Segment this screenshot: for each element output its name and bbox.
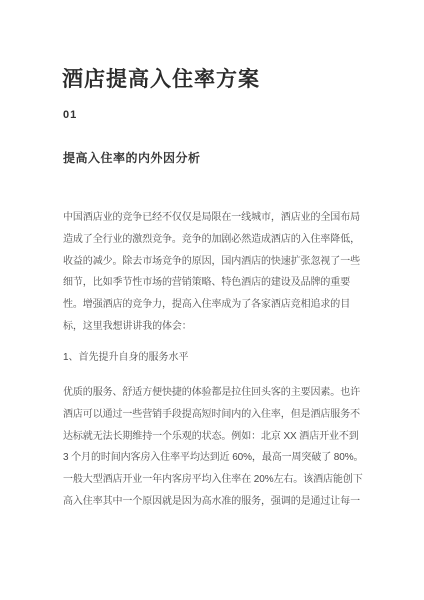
text-line: 收益的减少。除去市场竞争的原因，国内酒店的快速扩张忽视了一些 xyxy=(63,251,360,273)
section-heading: 提高入住率的内外因分析 xyxy=(63,151,201,165)
document-page: 酒店提高入住率方案 01 提高入住率的内外因分析 中国酒店业的竞争已经不仅仅是局… xyxy=(0,0,424,600)
list-item-heading: 1、首先提升自身的服务水平 xyxy=(63,347,189,369)
text-line: 优质的服务、舒适方便快捷的体验都是拉住回头客的主要因素。也许 xyxy=(63,382,363,404)
text-line: 酒店可以通过一些营销手段提高短时间内的入住率，但是酒店服务不 xyxy=(63,404,363,426)
text-line: 细节，比如季节性市场的营销策略、特色酒店的建设及品牌的重要 xyxy=(63,272,360,294)
section-number: 01 xyxy=(63,109,77,122)
text-line: 性。增强酒店的竞争力，提高入住率成为了各家酒店竞相追求的目 xyxy=(63,294,360,316)
text-line: 达标就无法长期维持一个乐观的状态。例如：北京 XX 酒店开业不到 xyxy=(63,426,363,448)
paragraph-service-level: 优质的服务、舒适方便快捷的体验都是拉住回头客的主要因素。也许 酒店可以通过一些营… xyxy=(63,382,363,513)
text-line: 高入住率其中一个原因就是因为高水准的服务，强调的是通过让每一 xyxy=(63,491,363,513)
text-line: 一般大型酒店开业一年内客房平均入住率在 20%左右。该酒店能创下 xyxy=(63,469,363,491)
text-line: 标，这里我想讲讲我的体会： xyxy=(63,316,360,338)
text-line: 3 个月的时间内客房入住率平均达到近 60%，最高一周突破了 80%。 xyxy=(63,447,363,469)
document-title: 酒店提高入住率方案 xyxy=(62,66,260,93)
text-line: 中国酒店业的竞争已经不仅仅是局限在一线城市，酒店业的全国布局 xyxy=(63,207,360,229)
text-line: 造成了全行业的激烈竞争。竞争的加剧必然造成酒店的入住率降低， xyxy=(63,229,360,251)
paragraph-intro: 中国酒店业的竞争已经不仅仅是局限在一线城市，酒店业的全国布局 造成了全行业的激烈… xyxy=(63,207,360,338)
